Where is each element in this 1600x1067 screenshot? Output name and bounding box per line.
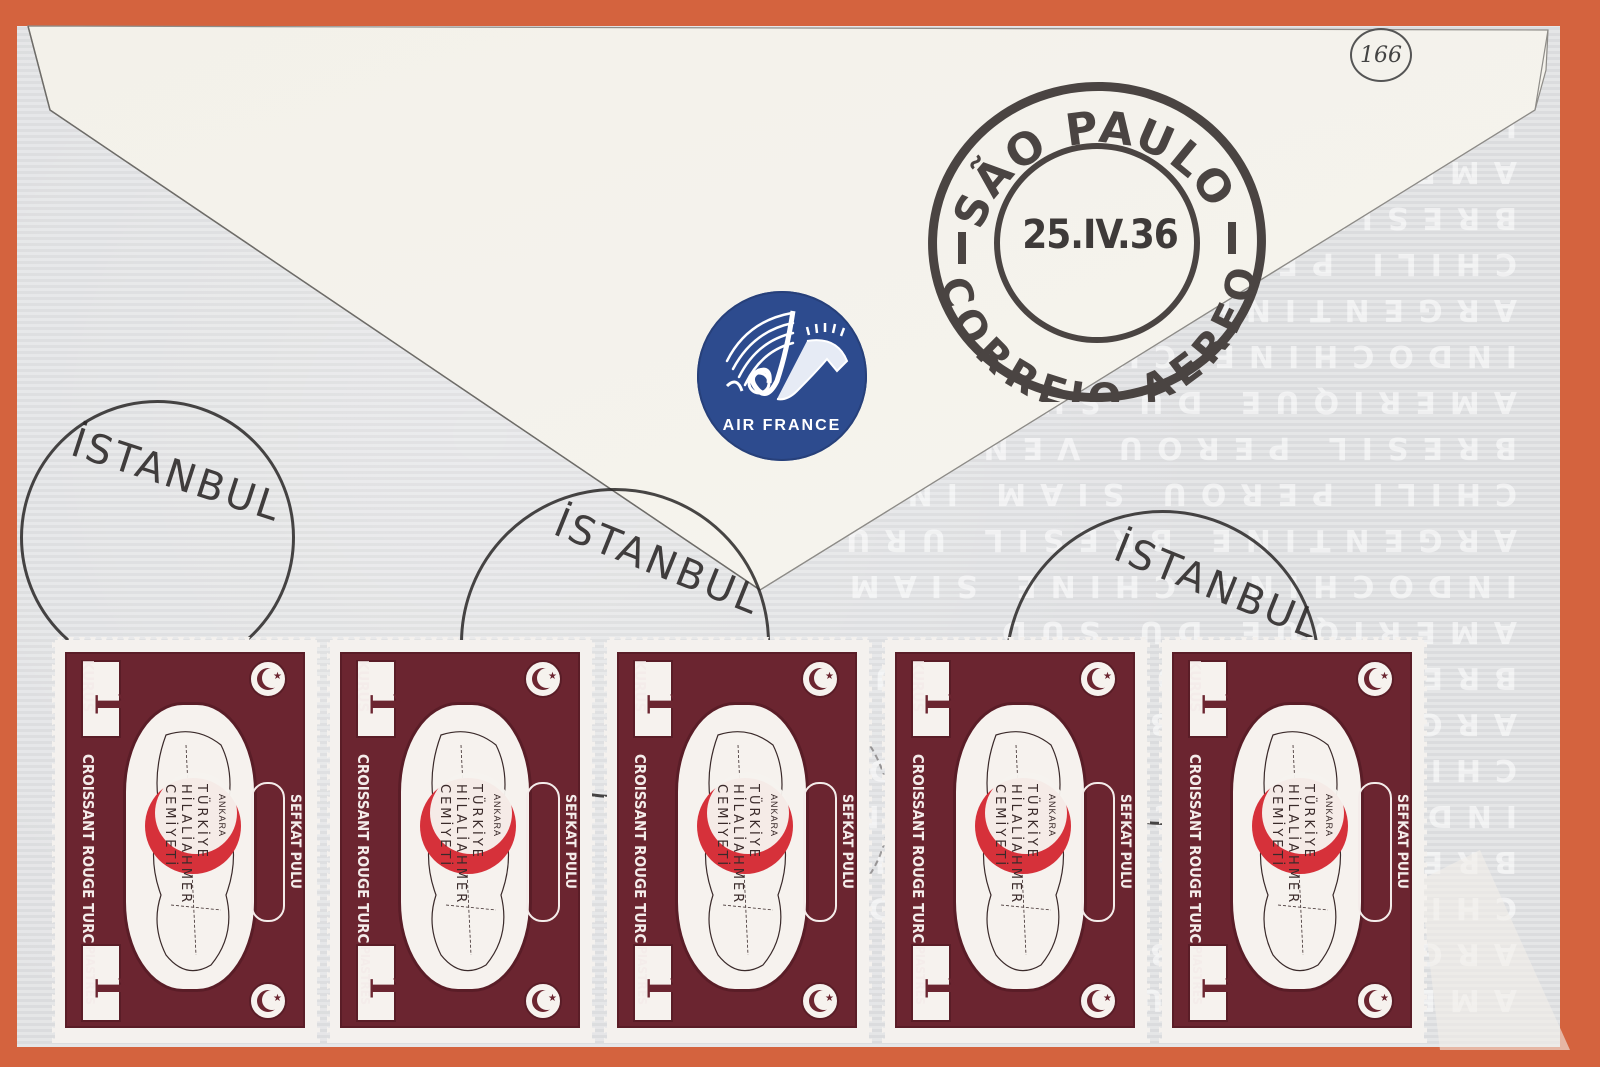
red-crescent-stamp: 1 KURUS CROISSANT ROUGE TURC 1 PIASTRES … [55,640,317,1040]
inscription-line: HİLALİAHMER [177,784,193,905]
stamp-right-band-box [1081,782,1115,922]
sao-paulo-postmark-date: 25.IV.36 [1010,212,1190,258]
crescent-star-icon: ★ [1079,982,1117,1020]
inscription-line: TÜRKİYE [745,784,761,905]
inscription-line: TÜRKİYE [468,784,484,905]
crescent-star-icon: ★ [249,982,287,1020]
inscription-line: CEMİYETİ [161,784,177,905]
crescent-star-icon: ★ [801,982,839,1020]
stamp-left-band: CROISSANT ROUGE TURC [354,754,372,943]
stamp-inscription: TÜRKİYE HİLALİAHMER CEMİYETİ [161,784,209,905]
stamp-inscription: TÜRKİYE HİLALİAHMER CEMİYETİ [1268,784,1316,905]
stamp-inscription: TÜRKİYE HİLALİAHMER CEMİYETİ [436,784,484,905]
watermark-line: CHILI PEROU SIAM INDOCHINE [57,240,1517,286]
stamp-right-band: SEFKAT PULU [839,794,855,889]
stamp-bottom-currency: PIASTRES [913,946,927,1005]
stamp-top-currency: KURUS [354,660,372,712]
stamp-left-band: CROISSANT ROUGE TURC [1186,754,1204,943]
air-france-label: AIR FRANCE [697,291,867,461]
stamp-frame: 1 KURUS CROISSANT ROUGE TURC 1 PIASTRES … [1172,652,1412,1028]
red-crescent-stamp: 1 KURUS CROISSANT ROUGE TURC 1 PIASTRES … [885,640,1147,1040]
stamp-top-currency: KURUS [1186,660,1204,712]
inscription-line: TÜRKİYE [1023,784,1039,905]
stamp-inscription: TÜRKİYE HİLALİAHMER CEMİYETİ [713,784,761,905]
stamp-inscription: TÜRKİYE HİLALİAHMER CEMİYETİ [991,784,1039,905]
stamp-frame: 1 KURUS CROISSANT ROUGE TURC 1 PIASTRES … [340,652,580,1028]
stamp-bottom-currency: PIASTRES [1190,946,1204,1005]
stamp-right-band: SEFKAT PULU [287,794,303,889]
crescent-star-icon: ★ [524,660,562,698]
collector-number: 166 [1350,28,1412,82]
inscription-line: TÜRKİYE [193,784,209,905]
stamp-right-band-box [526,782,560,922]
red-crescent-stamp: 1 KURUS CROISSANT ROUGE TURC 1 PIASTRES … [1162,640,1424,1040]
stamp-left-band: CROISSANT ROUGE TURC [79,754,97,943]
watermark-line: CHILI PEROU SIAM INDOCHINE [57,56,1517,102]
crescent-star-icon: ★ [249,660,287,698]
air-france-text: AIR FRANCE [697,417,867,435]
stamp-frame: 1 KURUS CROISSANT ROUGE TURC 1 PIASTRES … [895,652,1135,1028]
stamp-frame: 1 KURUS CROISSANT ROUGE TURC 1 PIASTRES … [65,652,305,1028]
watermark-line: BRESIL PEROU VENEZUELA [57,194,1517,240]
stamp-bottom-currency: PIASTRES [358,946,372,1005]
stamp-right-band-box [251,782,285,922]
inscription-line: HİLALİAHMER [1007,784,1023,905]
hippocampus-icon [697,291,867,461]
stamp-top-currency: KURUS [909,660,927,712]
inscription-line: CEMİYETİ [436,784,452,905]
stamp-map-label: ANKARA [769,794,779,837]
istanbul-postmark-1 [20,400,295,675]
stamp-top-currency: KURUS [631,660,649,712]
crescent-star-icon: ★ [801,660,839,698]
stamp-map-label: ANKARA [1324,794,1334,837]
crescent-star-icon: ★ [1356,660,1394,698]
watermark-line: INDOCHINE CHINE SIAM [57,102,1517,148]
stamp-right-band: SEFKAT PULU [562,794,578,889]
inscription-line: HİLALİAHMER [452,784,468,905]
svg-text:CORREIO AEREO: CORREIO AEREO [931,263,1266,402]
inscription-line: TÜRKİYE [1300,784,1316,905]
stamp-left-band: CROISSANT ROUGE TURC [909,754,927,943]
inscription-line: CEMİYETİ [713,784,729,905]
watermark-line: AMERIQUE DU SUD [57,148,1517,194]
stamp-top-currency: KURUS [79,660,97,712]
inscription-line: HİLALİAHMER [1284,784,1300,905]
red-crescent-stamp: 1 KURUS CROISSANT ROUGE TURC 1 PIASTRES … [607,640,869,1040]
stamp-frame: 1 KURUS CROISSANT ROUGE TURC 1 PIASTRES … [617,652,857,1028]
stamp-right-band-box [1358,782,1392,922]
stamp-left-band: CROISSANT ROUGE TURC [631,754,649,943]
crescent-star-icon: ★ [1356,982,1394,1020]
red-crescent-stamp: 1 KURUS CROISSANT ROUGE TURC 1 PIASTRES … [330,640,592,1040]
stamp-right-band-box [803,782,837,922]
collector-number-text: 166 [1360,43,1402,68]
stamp-bottom-currency: PIASTRES [83,946,97,1005]
stamp-map-label: ANKARA [492,794,502,837]
inscription-line: CEMİYETİ [1268,784,1284,905]
inscription-line: CEMİYETİ [991,784,1007,905]
stamp-right-band: SEFKAT PULU [1117,794,1133,889]
crescent-star-icon: ★ [1079,660,1117,698]
stamp-right-band: SEFKAT PULU [1394,794,1410,889]
inscription-line: HİLALİAHMER [729,784,745,905]
stamp-bottom-currency: PIASTRES [635,946,649,1005]
crescent-star-icon: ★ [524,982,562,1020]
stamp-map-label: ANKARA [1047,794,1057,837]
stamp-map-label: ANKARA [217,794,227,837]
